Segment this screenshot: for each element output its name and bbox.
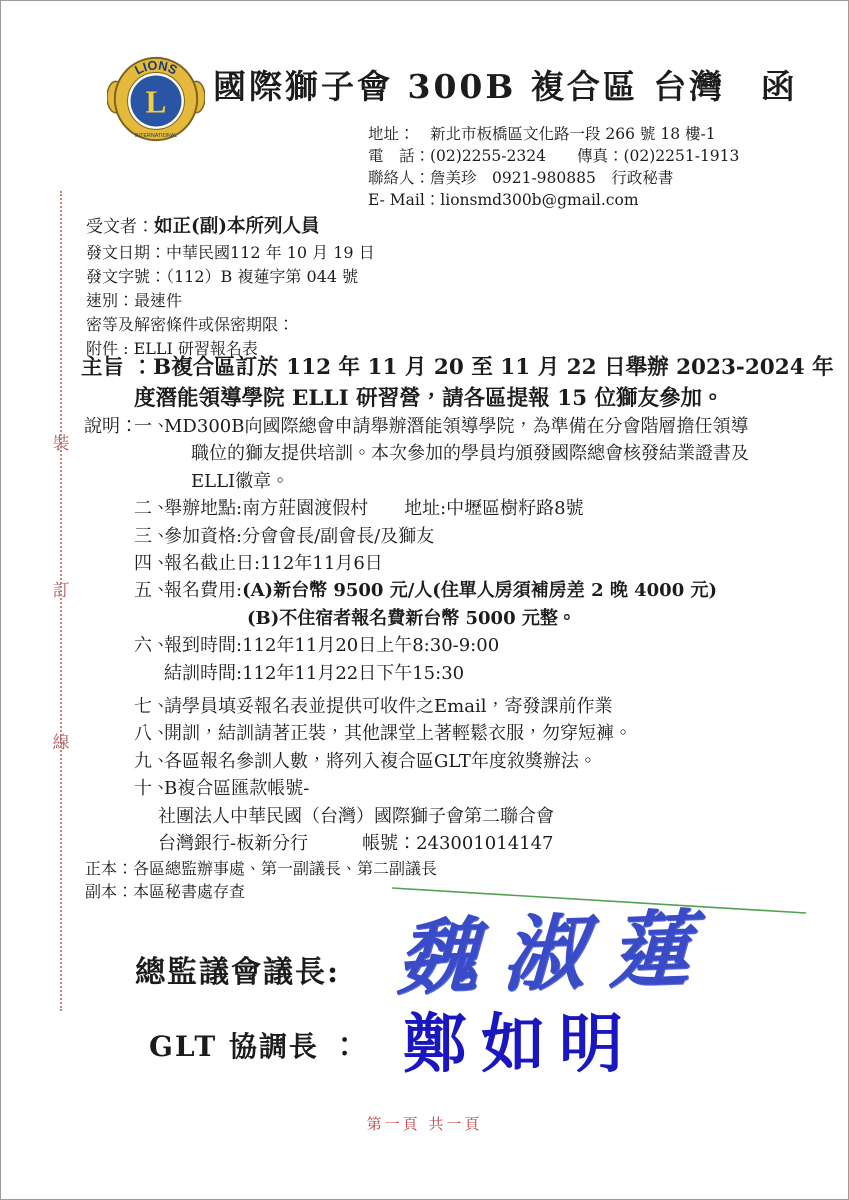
- distribution-copy: 副本：本區秘書處存查: [85, 880, 437, 903]
- explanation-item: 七、請學員填妥報名表並提供可收件之Email，寄發課前作業: [84, 693, 824, 720]
- contact-block: 地址： 新北市板橋區文化路一段 266 號 18 樓-1 電 話：(02)225…: [368, 123, 739, 211]
- explanation-item: 說明：一、MD300B向國際總會申請舉辦潛能領導學院，為準備在分會階層擔任領導: [84, 413, 824, 440]
- explanation-item: 五、報名費用:(A)新台幣 9500 元/人(住單人房須補房差 2 晚 4000…: [84, 577, 824, 604]
- explanation-item-cont: (B)不住宿者報名費新台幣 5000 元整。: [84, 605, 824, 632]
- binding-mark-ding: 訂: [53, 576, 70, 601]
- recipient-line: 受文者：如正(副)本所列人員: [86, 213, 375, 241]
- explanation-item-cont: 台灣銀行-板新分行 帳號：243001014147: [84, 830, 824, 857]
- distribution-original: 正本：各區總監辦事處、第一副議長、第二副議長: [85, 857, 437, 880]
- binding-dotted-line: [60, 191, 62, 1011]
- explanation-item: 十、B複合區匯款帳號-: [84, 775, 824, 802]
- explanation-block: 說明：一、MD300B向國際總會申請舉辦潛能領導學院，為準備在分會階層擔任領導 …: [84, 413, 824, 858]
- subject-line1: 主旨 ：B複合區訂於 112 年 11 月 20 至 11 月 22 日舉辦 2…: [81, 352, 826, 383]
- explanation-item: 六、報到時間:112年11月20日上午8:30-9:00: [84, 632, 824, 659]
- subject-line2: 度潛能領導學院 ELLI 研習營，請各區提報 15 位獅友參加。: [81, 383, 826, 414]
- recipient-value: 如正(副)本所列人員: [154, 216, 320, 237]
- glt-coordinator-label: GLT 協調長 ：: [149, 1025, 361, 1065]
- explanation-item: 八、開訓，結訓請著正裝，其他課堂上著輕鬆衣服，勿穿短褲。: [84, 720, 824, 747]
- svg-text:L: L: [146, 85, 167, 120]
- explanation-item-cont: ELLI徽章。: [84, 468, 824, 495]
- distribution-block: 正本：各區總監辦事處、第一副議長、第二副議長 副本：本區秘書處存查: [85, 857, 437, 903]
- explanation-label: 說明：: [84, 413, 134, 440]
- contact-email: E- Mail：lionsmd300b@gmail.com: [368, 189, 739, 211]
- priority: 速別：最速件: [86, 289, 375, 313]
- contact-phone-fax: 電 話：(02)2255-2324 傳真：(02)2251-1913: [368, 145, 739, 167]
- official-letter-page: 裝 訂 線 LIONS L INTERNATIONAL 國際獅子會 300B 複…: [0, 0, 849, 1200]
- explanation-item: 四、報名截止日:112年11月6日: [84, 550, 824, 577]
- svg-text:INTERNATIONAL: INTERNATIONAL: [135, 133, 178, 139]
- reference-number: 發文字號：（112）B 複蓮字第 044 號: [86, 265, 375, 289]
- document-meta: 受文者：如正(副)本所列人員 發文日期：中華民國112 年 10 月 19 日 …: [86, 213, 375, 361]
- binding-mark-zhuang: 裝: [53, 429, 70, 454]
- contact-person: 聯絡人：詹美珍 0921-980885 行政秘書: [368, 167, 739, 189]
- explanation-item-cont: 社團法人中華民國（台灣）國際獅子會第二聯合會: [84, 803, 824, 830]
- subject-block: 主旨 ：B複合區訂於 112 年 11 月 20 至 11 月 22 日舉辦 2…: [81, 352, 826, 414]
- issue-date: 發文日期：中華民國112 年 10 月 19 日: [86, 241, 375, 265]
- explanation-item: 三、參加資格:分會會長/副會長/及獅友: [84, 523, 824, 550]
- explanation-item: 九、各區報名參訓人數，將列入複合區GLT年度敘獎辦法。: [84, 748, 824, 775]
- recipient-label: 受文者：: [86, 217, 154, 237]
- lions-international-logo-icon: LIONS L INTERNATIONAL: [107, 48, 205, 150]
- council-chair-label: 總監議會議長:: [135, 947, 340, 991]
- council-chair-signature: 魏淑蓮: [395, 883, 717, 1011]
- contact-address: 地址： 新北市板橋區文化路一段 266 號 18 樓-1: [368, 123, 739, 145]
- document-title: 國際獅子會 300B 複合區 台灣 函: [213, 61, 797, 108]
- glt-coordinator-signature: 鄭如明: [403, 993, 637, 1085]
- page-number-footer: 第一頁 共一頁: [1, 1113, 848, 1134]
- security-classification: 密等及解密條件或保密期限：: [86, 313, 375, 337]
- binding-mark-xian: 線: [53, 728, 70, 753]
- explanation-item: 二、舉辦地點:南方莊園渡假村 地址:中壢區樹籽路8號: [84, 495, 824, 522]
- subject-label: 主旨 ：: [81, 355, 153, 380]
- explanation-item-cont: 結訓時間:112年11月22日下午15:30: [84, 660, 824, 687]
- explanation-item-cont: 職位的獅友提供培訓。本次參加的學員均頒發國際總會核發結業證書及: [84, 440, 824, 467]
